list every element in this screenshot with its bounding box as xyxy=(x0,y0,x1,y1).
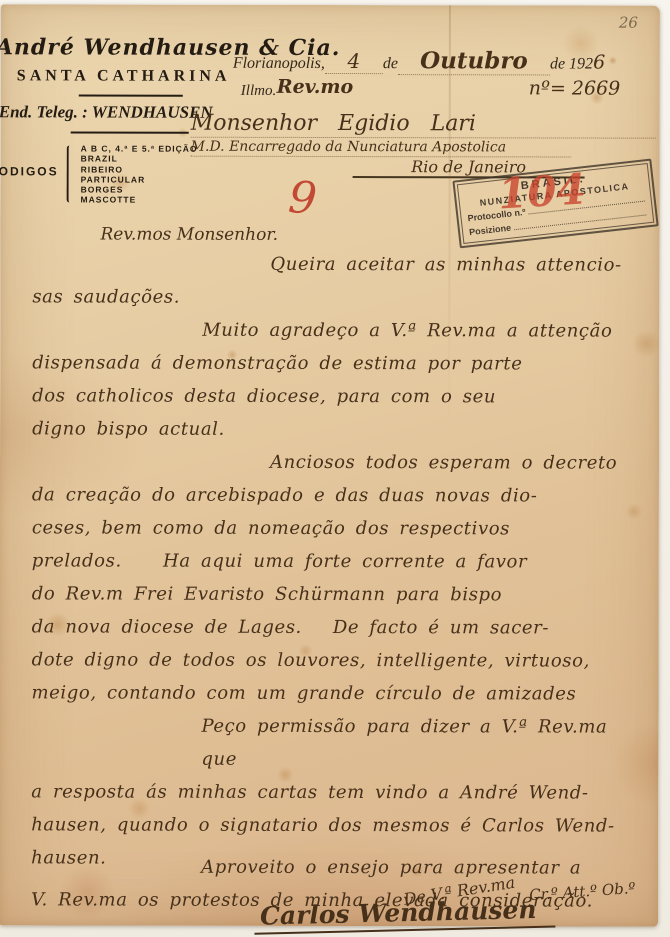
letter-line: Muito agradeço a V.ª Rev.ma a attenção xyxy=(202,314,650,348)
telegraph-code-item: RIBEIRO xyxy=(81,164,198,175)
protocol-number-handwritten: 104 xyxy=(497,164,587,218)
telegraph-code-item: MASCOTTE xyxy=(81,195,198,206)
letterhead-region: SANTA CATHARINA xyxy=(17,67,231,85)
letter-line: dote digno de todos os louvores, intelli… xyxy=(32,643,650,677)
telegraph-code-item: BORGES xyxy=(81,185,198,196)
letterhead-codes-label: ODIGOS xyxy=(0,164,59,178)
letterhead-rule xyxy=(79,94,183,96)
letter-line: Aproveito o ensejo para apresentar a xyxy=(201,851,649,885)
scanned-letter-page: 26 André Wendhausen & Cia. SANTA CATHARI… xyxy=(0,0,670,937)
letter-line: Anciosos todos esperam o decreto xyxy=(270,446,650,480)
salutation: Rev.mos Monsenhor. xyxy=(100,225,278,245)
letter-line: hausen, quando o signatario dos mesmos é… xyxy=(31,808,649,842)
letter-line: ceses, bem como da nomeação dos respecti… xyxy=(32,511,650,545)
archive-page-number: 26 xyxy=(619,14,638,32)
date-line: Florianopolis, 4 de Outubro de 192 6 xyxy=(233,47,605,76)
addressee-title: M.D. Encarregado da Nunciatura Apostolic… xyxy=(191,139,571,158)
letter-line: dispensada á demonstração de estima por … xyxy=(32,346,650,380)
dateline-day-handwritten: 4 xyxy=(325,49,383,74)
telegraph-code-item: BRAZIL xyxy=(81,154,198,165)
letter-line: Peço permissão para dizer a V.ª Rev.ma q… xyxy=(201,710,649,777)
dateline-year-printed: de 192 xyxy=(550,55,593,73)
dateline-de: de xyxy=(383,55,398,73)
telegraph-code-item: PARTICULAR xyxy=(81,174,198,185)
printed-honorific: Illmo. xyxy=(241,83,276,100)
letter-line: sas saudações. xyxy=(32,280,650,314)
letterhead-codes-brace xyxy=(67,145,73,202)
addressee-name: Monsenhor Egidio Lari xyxy=(191,111,656,139)
letter-line: digno bispo actual. xyxy=(32,412,650,446)
letter-number: nº= 2669 xyxy=(529,77,621,99)
letter-line: prelados. Ha aqui uma forte corrente a f… xyxy=(32,544,650,578)
letter-line: do Rev.m Frei Evaristo Schürmann para bi… xyxy=(32,577,650,611)
letter-body: Queira aceitar as minhas attencio-sas sa… xyxy=(31,247,650,917)
letter-paper: 26 André Wendhausen & Cia. SANTA CATHARI… xyxy=(0,4,660,926)
letter-line: a resposta ás minhas cartas tem vindo a … xyxy=(31,775,649,809)
dateline-month-handwritten: Outubro xyxy=(398,47,550,75)
letter-line: dos catholicos desta diocese, para com o… xyxy=(32,379,650,413)
letterhead-rule xyxy=(71,131,189,133)
letter-line: da creação do arcebispado e das duas nov… xyxy=(32,478,650,512)
red-crayon-number: 9 xyxy=(286,172,318,225)
handwritten-honorific: Rev.mo xyxy=(277,76,353,98)
letterhead-telegraph-address: End. Teleg. : WENDHAUSEN xyxy=(0,102,213,122)
letter-line: meigo, contando com um grande círculo de… xyxy=(31,676,649,710)
signature: Carlos Wendhausen xyxy=(254,895,555,935)
letter-line: Queira aceitar as minhas attencio- xyxy=(270,248,650,282)
telegraph-code-item: A B C, 4.ª E 5.ª EDIÇÃO xyxy=(81,143,198,154)
letterhead-codes-list: A B C, 4.ª E 5.ª EDIÇÃOBRAZILRIBEIROPART… xyxy=(81,143,198,205)
dateline-city: Florianopolis, xyxy=(233,55,325,73)
dateline-year-digit-handwritten: 6 xyxy=(593,52,605,74)
stamp-position-label: Posizione xyxy=(469,223,512,238)
letter-line: da nova diocese de Lages. De facto é um … xyxy=(32,610,650,644)
